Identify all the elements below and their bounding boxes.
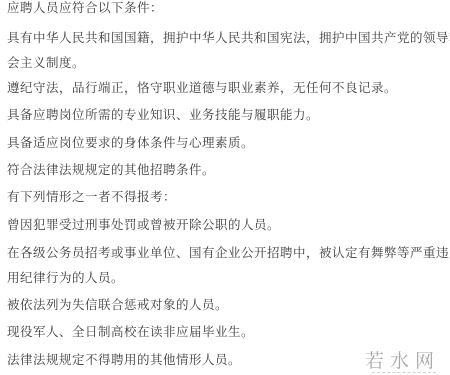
intro-heading: 应聘人员应符合以下条件： [7,1,163,15]
condition-nationality-cont: 会主义制度。 [7,56,85,70]
watermark-logo: 若水网 [365,346,440,373]
exclusion-heading: 有下列情形之一者不得报考： [7,190,176,204]
exclusion-dishonest: 被依法列为失信联合惩戒对象的人员。 [7,298,228,312]
exclusion-cheating: 在各级公务员招考或事业单位、国有企业公开招聘中，被认定有舞弊等严重违反录 [7,246,450,260]
exclusion-criminal: 曾因犯罪受过刑事处罚或曾被开除公职的人员。 [7,218,280,232]
condition-skills: 具备应聘岗位所需的专业知识、业务技能与履职能力。 [7,108,319,122]
exclusion-military-students: 现役军人、全日制高校在读非应届毕业生。 [7,325,254,339]
condition-nationality: 具有中华人民共和国国籍，拥护中华人民共和国宪法，拥护中国共产党的领导和社 [7,31,450,45]
exclusion-other: 法律法规规定不得聘用的其他情形人员。 [7,353,241,367]
condition-other: 符合法律法规规定的其他招聘条件。 [7,163,215,177]
condition-health: 具备适应岗位要求的身体条件与心理素质。 [7,136,254,150]
exclusion-cheating-cont: 用纪律行为的人员。 [7,271,124,285]
condition-conduct: 遵纪守法，品行端正，恪守职业道德与职业素养，无任何不良记录。 [7,81,397,95]
